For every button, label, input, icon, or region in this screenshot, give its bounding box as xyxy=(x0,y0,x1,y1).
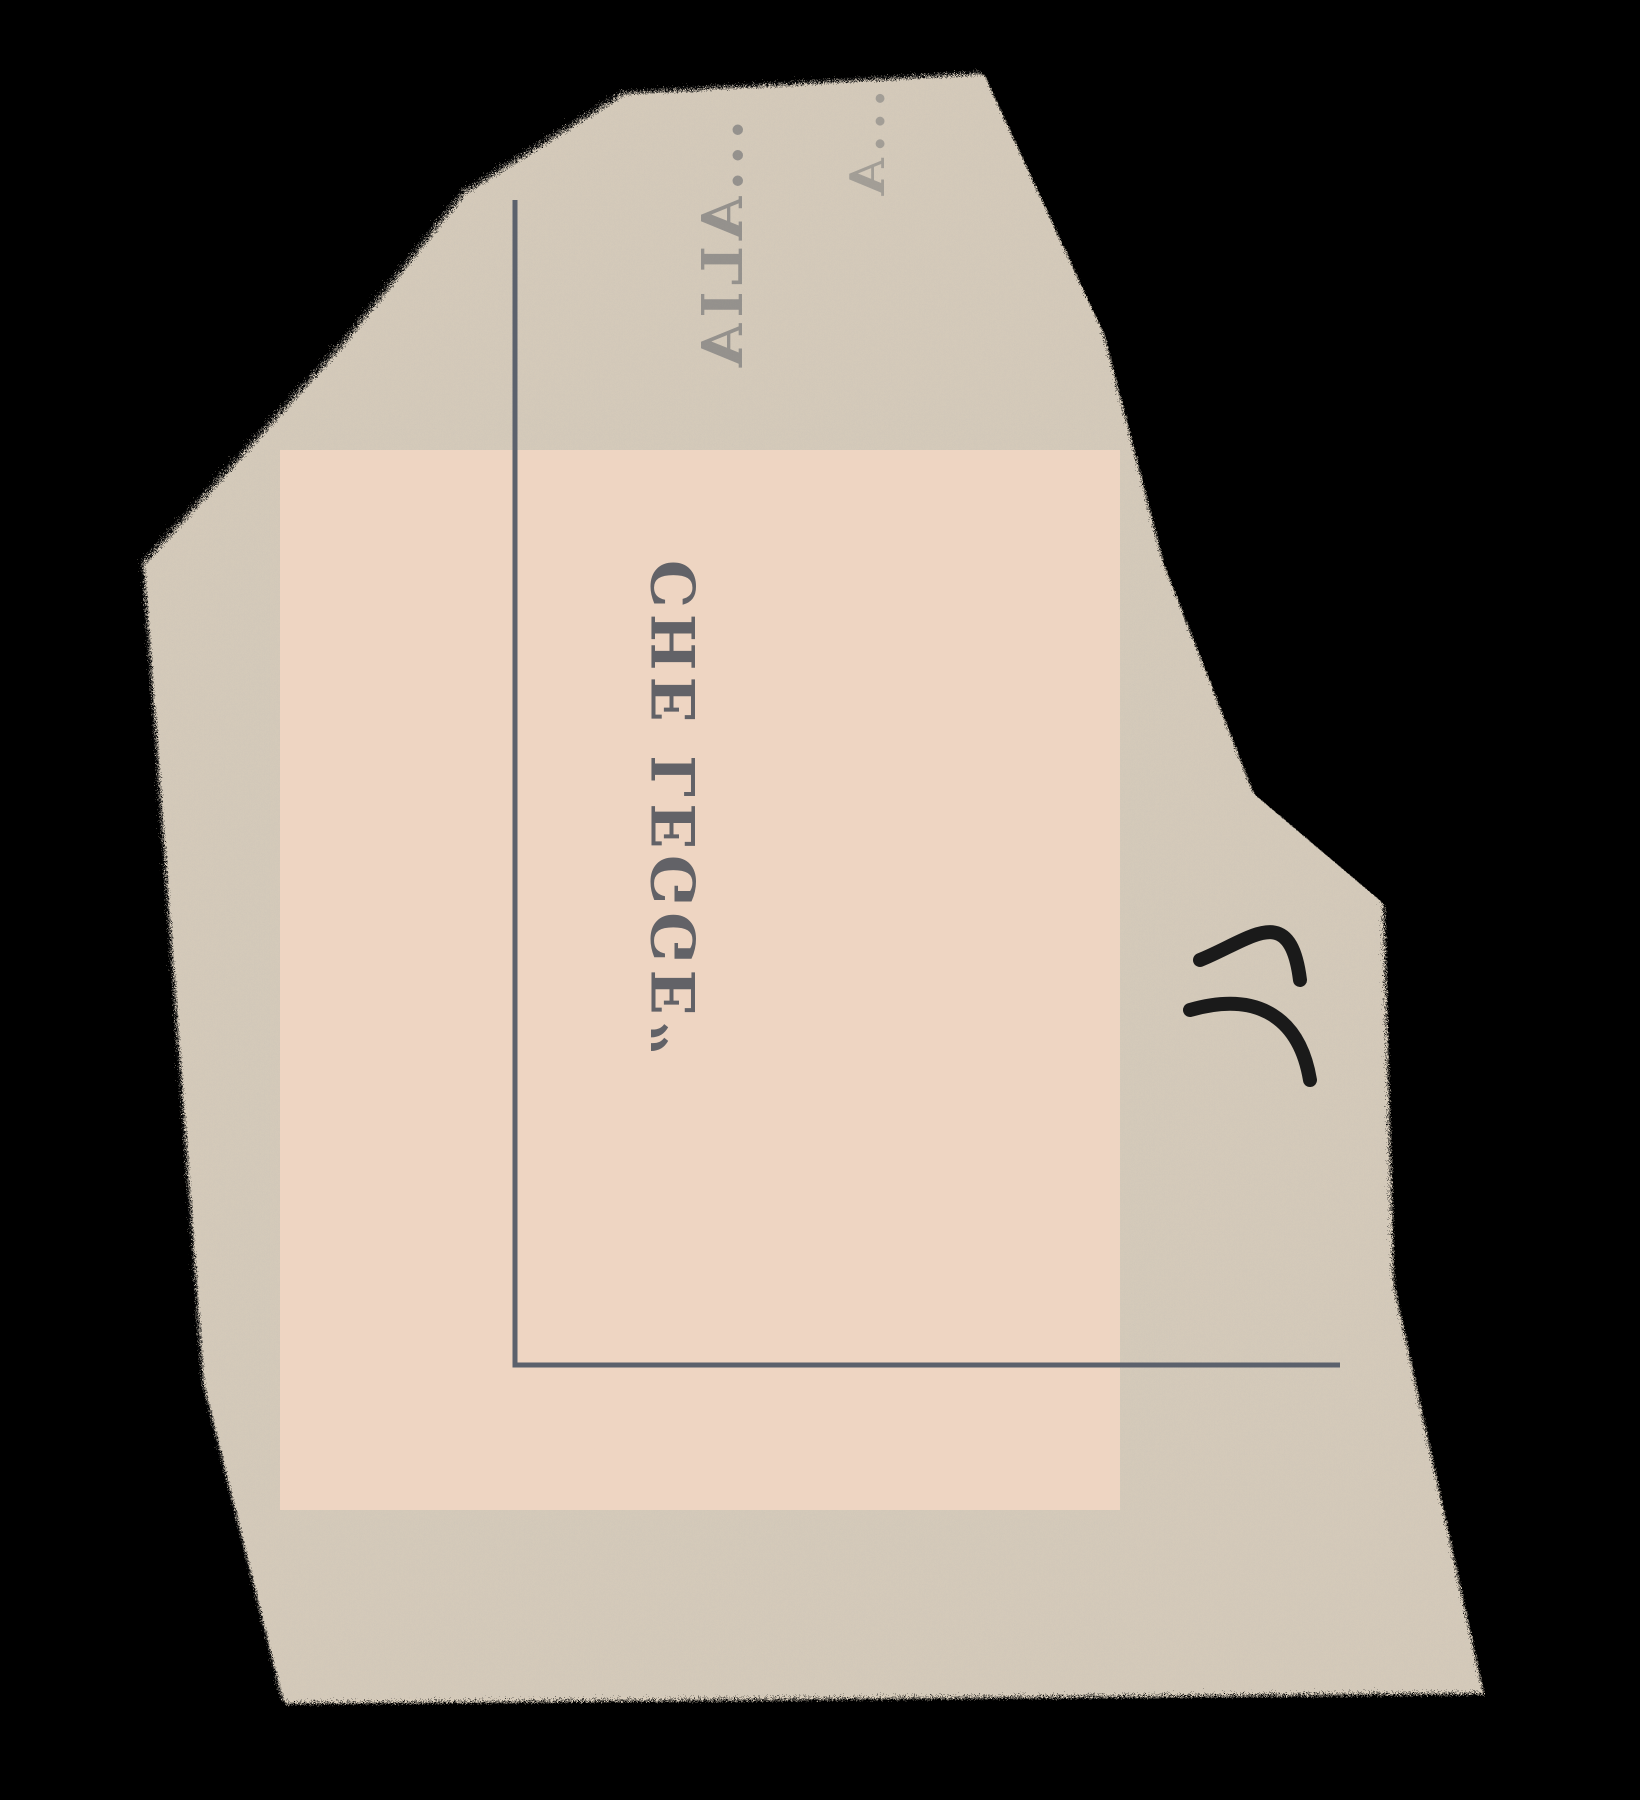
show-through-text: CHE LEGGE” xyxy=(640,560,710,1062)
show-through-text-faint-2: ...A xyxy=(840,90,896,201)
show-through-text-faint: ...ALIA xyxy=(690,120,756,373)
photo-scene xyxy=(0,0,1640,1800)
